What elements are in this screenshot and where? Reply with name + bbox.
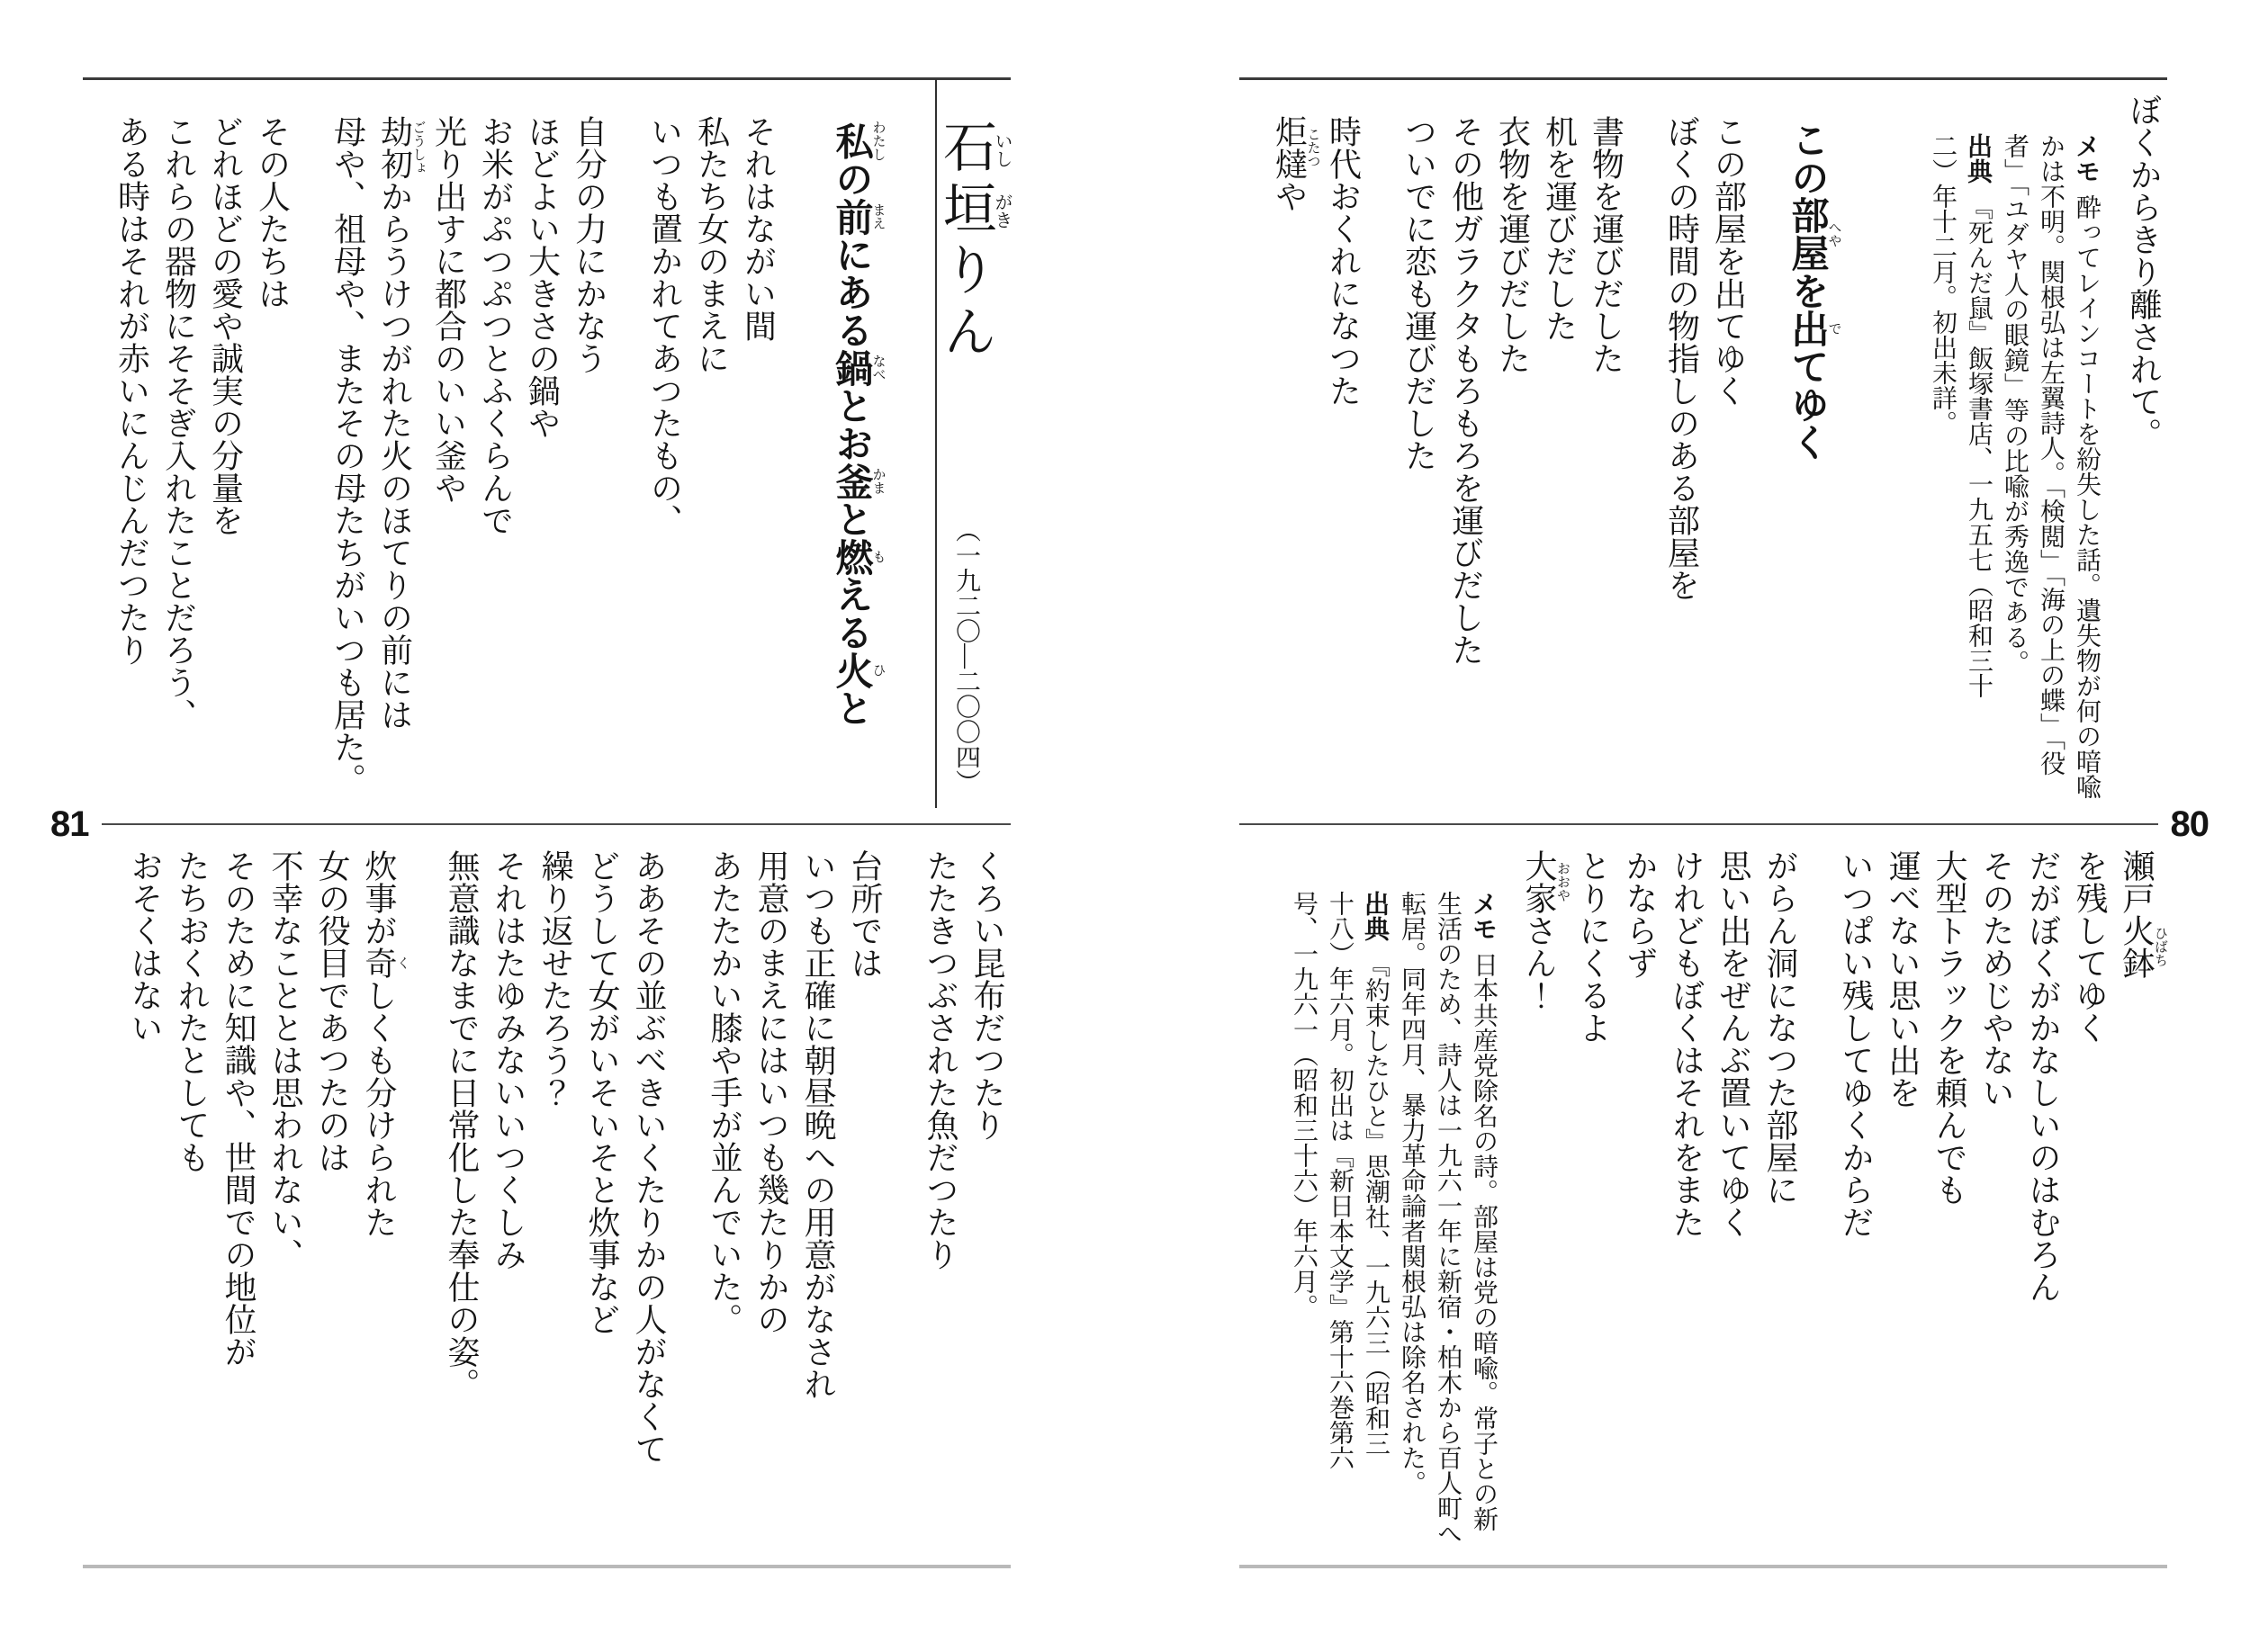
- poem-line: ああその並ぶべきいくたりかの人がなくて: [625, 849, 672, 1559]
- memo-label: メモ: [1470, 891, 1498, 941]
- memo-paragraph: メモ酔ってレインコートを紛失した話。遺失物が何の暗喩かは不明。関根弘は左翼詩人。…: [1996, 133, 2104, 799]
- source-text: 『死んだ鼠』飯塚書店、一九五七（昭和三十二）年十二月。初出未詳。: [1929, 133, 1993, 698]
- poem-line: たたきつぶされた魚だつたり: [917, 849, 964, 1559]
- poem-line: けれどもぼくはそれをまた: [1663, 849, 1710, 1559]
- page-number-rule: [1239, 823, 2158, 825]
- memo-block: メモ日本共産党除名の詩。部屋は党の暗喩。常子との新生活のため、詩人は一九六一年に…: [1285, 891, 1501, 1559]
- poem-line: を残してゆく: [2066, 849, 2113, 1559]
- poem-line: 大家おおやさん！: [1516, 849, 1570, 1559]
- poem-line: ぼくからきり離されて。: [2120, 94, 2167, 819]
- memo-paragraph: メモ日本共産党除名の詩。部屋は党の暗喩。常子との新生活のため、詩人は一九六一年に…: [1393, 891, 1501, 1548]
- author-block: 石いし垣がきりん （一九二〇―二〇〇四）: [927, 119, 1011, 819]
- poem-line: 自分の力にかなう: [566, 115, 613, 819]
- stanza: この部屋を出てゆくぼくの時間の物指しのある部屋を: [1659, 115, 1752, 819]
- source-text: 『約束したひと』思潮社、一九六三（昭和三十八）年六月。初出は『新日本文学』第十六…: [1290, 891, 1390, 1470]
- page80-bottom-half: 瀬戸火鉢ひばちを残してゆくだがぼくがかなしいのはむろんそのためじやない大型トラッ…: [1239, 844, 2167, 1559]
- poem-line: ぼくの時間の物指しのある部屋を: [1659, 115, 1705, 819]
- poem-line: 母や、祖母や、またその母たちがいつも居た。: [325, 115, 372, 819]
- page-number-rule: [102, 823, 1012, 825]
- page-81: 石いし垣がきりん （一九二〇―二〇〇四） 私わたしの前まえにある鍋なべとお釜かま…: [83, 0, 1011, 1652]
- poem-line: かならず: [1616, 849, 1663, 1559]
- stanza: その人たちはどれほどの愛や誠実の分量をこれらの器物にそそぎ入れたことだろう、ある…: [109, 115, 296, 819]
- stanza: 時代おくれになつた炬燵こたつや: [1266, 115, 1367, 819]
- stanza: ああその並ぶべきいくたりかの人がなくてどうして女がいそいそと炊事など繰り返せたろ…: [438, 849, 672, 1559]
- stanza: 台所ではいつも正確に朝昼晩への用意がなされ用意のまえにはいつも幾たりかのあたたか…: [701, 849, 888, 1559]
- poem-line: そのためじやない: [1973, 849, 2020, 1559]
- page-number: 80: [2171, 804, 2209, 844]
- poem-line: いつも正確に朝昼晩への用意がなされ: [795, 849, 841, 1559]
- stanza: くろい昆布だつたりたたきつぶされた魚だつたり: [917, 849, 1011, 1559]
- poem-line: とりにくるよ: [1570, 849, 1616, 1559]
- poem-line: 机を運びだした: [1536, 115, 1583, 819]
- bottom-rule: [83, 1565, 1011, 1568]
- book-spread: 石いし垣がきりん （一九二〇―二〇〇四） 私わたしの前まえにある鍋なべとお釜かま…: [0, 0, 2250, 1652]
- poem-line: 無意識なまでに日常化した奉仕の姿。: [438, 849, 485, 1559]
- poem-title: 私わたしの前まえにある鍋なべとお釜かまと燃もえる火ひと: [823, 121, 886, 819]
- poem-line: 台所では: [841, 849, 888, 1559]
- poem-line: 時代おくれになつた: [1320, 115, 1367, 819]
- poem-line: その他ガラクタもろもろを運びだした: [1443, 115, 1489, 819]
- poem-line: 大型トラックを頼んでも: [1926, 849, 1973, 1559]
- poem-line: どれほどの愛や誠実の分量を: [202, 115, 249, 819]
- poem-line: ほどよい大きさの鍋や: [519, 115, 566, 819]
- page-number: 81: [50, 804, 89, 844]
- poem-line: お米がぷつぷつとふくらんで: [472, 115, 519, 819]
- poem-line: おそくはない: [121, 849, 168, 1559]
- stanza: それはながい間私たち女のまえにいつも置かれてあつたもの、: [642, 115, 782, 819]
- poem-line: 運べない思い出を: [1879, 849, 1926, 1559]
- poem-line: 劫初ごうしょからうけつがれた火のほてりの前には: [372, 115, 426, 819]
- poem-line: どうして女がいそいそと炊事など: [579, 849, 625, 1559]
- stanza: がらん洞になつた部屋に思い出をぜんぶ置いてゆくけれどもぼくはそれをまたかならずと…: [1516, 849, 1804, 1559]
- page81-bottom-half: くろい昆布だつたりたたきつぶされた魚だつたり台所ではいつも正確に朝昼晩への用意が…: [83, 844, 1011, 1559]
- poem-line: 書物を運びだした: [1583, 115, 1630, 819]
- poem-body: この部屋を出てゆくぼくの時間の物指しのある部屋を書物を運びだした机を運びだした衣…: [1266, 115, 1752, 819]
- page-number-row: 81: [50, 804, 1011, 844]
- author-name: 石いし垣がきりん: [936, 119, 995, 365]
- poem-line: いつも置かれてあつたもの、: [642, 115, 688, 819]
- memo-label: メモ: [2073, 133, 2101, 184]
- poem-line: 思い出をぜんぶ置いてゆく: [1710, 849, 1757, 1559]
- poem-body: それはながい間私たち女のまえにいつも置かれてあつたもの、自分の力にかなうほどよい…: [109, 115, 782, 819]
- poem-line: そのために知識や、世間での地位が: [215, 849, 262, 1559]
- poem-line: ついでに恋も運びだした: [1396, 115, 1443, 819]
- poem-line: この部屋を出てゆく: [1705, 115, 1752, 819]
- stanza: 瀬戸火鉢ひばちを残してゆくだがぼくがかなしいのはむろんそのためじやない大型トラッ…: [1832, 849, 2167, 1559]
- source-paragraph: 出典『死んだ鼠』飯塚書店、一九五七（昭和三十二）年十二月。初出未詳。: [1924, 133, 1996, 718]
- poem-line: 炊事が奇くしくも分けられた: [355, 849, 409, 1559]
- poem-body: くろい昆布だつたりたたきつぶされた魚だつたり台所ではいつも正確に朝昼晩への用意が…: [121, 849, 1011, 1559]
- memo-text: 酔ってレインコートを紛失した話。遺失物が何の暗喩かは不明。関根弘は左翼詩人。「検…: [2001, 133, 2101, 799]
- page-number-row: 80: [1239, 804, 2209, 844]
- poem-line: 炬燵こたつや: [1266, 115, 1320, 819]
- poem-line: 繰り返せたろう？: [532, 849, 579, 1559]
- poem-title: この部屋へやを出でてゆく: [1779, 121, 1842, 819]
- poem-line: あたたかい膝や手が並んでいた。: [701, 849, 748, 1559]
- poem-body: 瀬戸火鉢ひばちを残してゆくだがぼくがかなしいのはむろんそのためじやない大型トラッ…: [1516, 849, 2167, 1559]
- memo-text: 日本共産党除名の詩。部屋は党の暗喩。常子との新生活のため、詩人は一九六一年に新宿…: [1398, 891, 1498, 1546]
- poem-line: これらの器物にそそぎ入れたことだろう、: [156, 115, 202, 819]
- stanza: 炊事が奇くしくも分けられた女の役目であつたのは不幸なこととは思われない、そのため…: [121, 849, 409, 1559]
- page80-top-half: ぼくからきり離されて。 メモ酔ってレインコートを紛失した話。遺失物が何の暗喩かは…: [1239, 94, 2167, 819]
- bottom-rule: [1239, 1565, 2167, 1568]
- poem-line: がらん洞になつた部屋に: [1757, 849, 1804, 1559]
- poem-line: くろい昆布だつたり: [964, 849, 1011, 1559]
- poem-line: 不幸なこととは思われない、: [262, 849, 309, 1559]
- poem-line: 私たち女のまえに: [688, 115, 735, 819]
- page-80: ぼくからきり離されて。 メモ酔ってレインコートを紛失した話。遺失物が何の暗喩かは…: [1239, 0, 2167, 1652]
- poem-line: 衣物を運びだした: [1489, 115, 1536, 819]
- stanza: 自分の力にかなうほどよい大きさの鍋やお米がぷつぷつとふくらんで光り出すに都合のい…: [325, 115, 613, 819]
- poem-line: たちおくれたとしても: [168, 849, 215, 1559]
- poem-line: その人たちは: [249, 115, 296, 819]
- top-rule: [1239, 77, 2167, 80]
- stanza: 書物を運びだした机を運びだした衣物を運びだしたその他ガラクタもろもろを運びだした…: [1396, 115, 1630, 819]
- author-dates: （一九二〇―二〇〇四）: [952, 517, 980, 795]
- poem-line: ある時はそれが赤いにんじんだつたり: [109, 115, 156, 819]
- page81-top-half: 石いし垣がきりん （一九二〇―二〇〇四） 私わたしの前まえにある鍋なべとお釜かま…: [83, 94, 1011, 819]
- poem-line: 光り出すに都合のいい釜や: [426, 115, 472, 819]
- poem-line: 瀬戸火鉢ひばち: [2113, 849, 2167, 1559]
- poem-line: いつぱい残してゆくからだ: [1832, 849, 1879, 1559]
- poem-line: 女の役目であつたのは: [309, 849, 355, 1559]
- source-label: 出典: [1965, 133, 1993, 184]
- poem-line: それはながい間: [735, 115, 782, 819]
- poem-line: それはたゆみないいつくしみ: [485, 849, 532, 1559]
- poem-line: だがぼくがかなしいのはむろん: [2020, 849, 2066, 1559]
- memo-block: メモ酔ってレインコートを紛失した話。遺失物が何の暗喩かは不明。関根弘は左翼詩人。…: [1924, 133, 2104, 819]
- top-rule: [83, 77, 1011, 80]
- poem-line: 用意のまえにはいつも幾たりかの: [748, 849, 795, 1559]
- source-label: 出典: [1362, 891, 1390, 941]
- source-paragraph: 出典『約束したひと』思潮社、一九六三（昭和三十八）年六月。初出は『新日本文学』第…: [1285, 891, 1393, 1476]
